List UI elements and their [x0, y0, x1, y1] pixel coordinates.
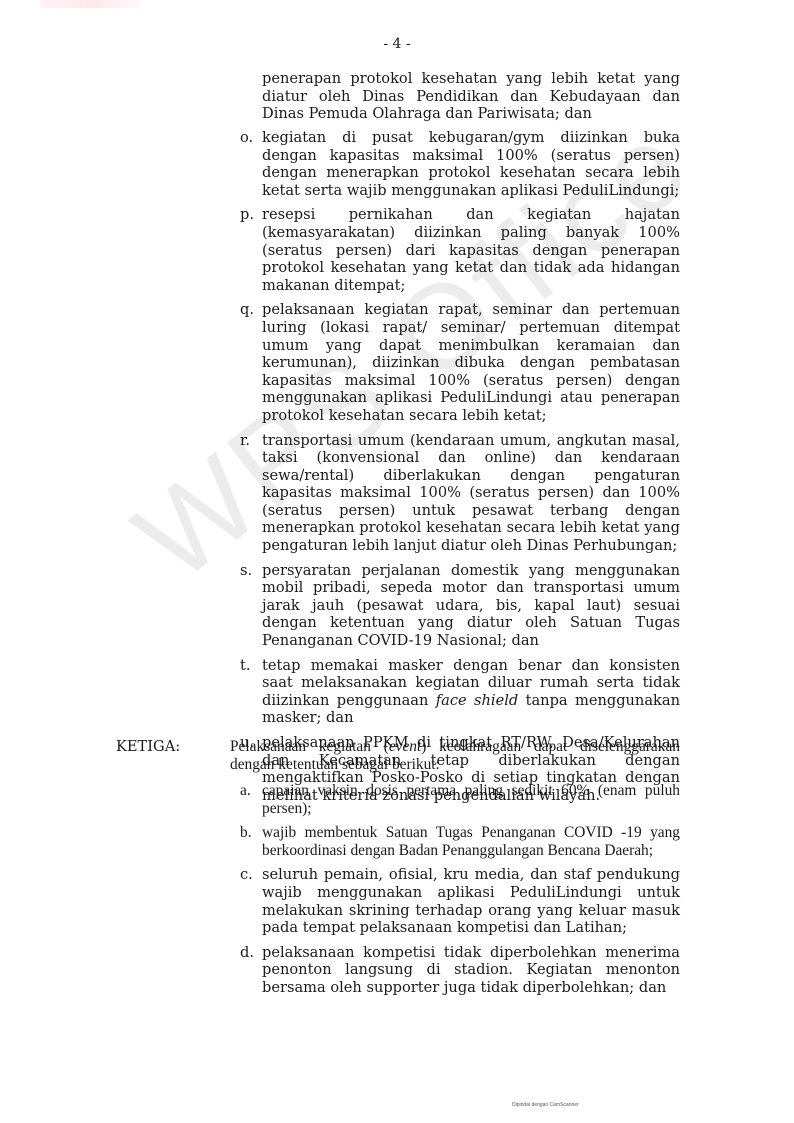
list-item-o: o. kegiatan di pusat kebugaran/gym diizi…: [240, 129, 680, 199]
section-intro: Pelaksanaan kegiatan (event) keolahragaa…: [230, 738, 680, 773]
list-item-c: c. seluruh pemain, ofisial, kru media, d…: [240, 866, 680, 936]
list-item-b: b. wajib membentuk Satuan Tugas Penangan…: [240, 824, 680, 859]
list-item-d: d. pelaksanaan kompetisi tidak diperbole…: [240, 944, 680, 997]
intro-italic: event: [389, 738, 421, 755]
item-text: pelaksanaan kegiatan rapat, seminar dan …: [262, 301, 680, 424]
item-label: p.: [240, 206, 262, 294]
list-item-t: t. tetap memakai masker dengan benar dan…: [240, 657, 680, 727]
item-label: t.: [240, 657, 262, 727]
item-text: wajib membentuk Satuan Tugas Penanganan …: [262, 824, 680, 859]
list-item-p: p. resepsi pernikahan dan kegiatan hajat…: [240, 206, 680, 294]
list-item-s: s. persyaratan perjalanan domestik yang …: [240, 562, 680, 650]
item-text: resepsi pernikahan dan kegiatan hajatan …: [262, 206, 680, 294]
ketiga-list: a. capaian vaksin dosis pertama paling s…: [240, 782, 680, 1004]
item-text: pelaksanaan kompetisi tidak diperbolehka…: [262, 944, 680, 997]
list-item-a: a. capaian vaksin dosis pertama paling s…: [240, 782, 680, 817]
item-label: c.: [240, 866, 262, 936]
intro-part: Pelaksanaan kegiatan (: [230, 738, 389, 755]
item-label: d.: [240, 944, 262, 997]
scanner-footer: Dipindai dengan CamScanner: [512, 1102, 579, 1108]
scan-artifact: [40, 0, 140, 8]
item-text: capaian vaksin dosis pertama paling sedi…: [262, 782, 680, 817]
item-text: tetap memakai masker dengan benar dan ko…: [262, 657, 680, 727]
section-label: KETIGA:: [116, 738, 230, 773]
ketiga-section: KETIGA: Pelaksanaan kegiatan (event) keo…: [116, 738, 680, 773]
item-text: persyaratan perjalanan domestik yang men…: [262, 562, 680, 650]
list-item-r: r. transportasi umum (kendaraan umum, an…: [240, 432, 680, 555]
item-label: s.: [240, 562, 262, 650]
item-label: o.: [240, 129, 262, 199]
list-item-q: q. pelaksanaan kegiatan rapat, seminar d…: [240, 301, 680, 424]
item-label: a.: [240, 782, 262, 817]
continuation-paragraph: penerapan protokol kesehatan yang lebih …: [262, 70, 680, 123]
item-text: transportasi umum (kendaraan umum, angku…: [262, 432, 680, 555]
item-label: q.: [240, 301, 262, 424]
item-label: b.: [240, 824, 262, 859]
page-number: - 4 -: [0, 36, 794, 52]
item-label: r.: [240, 432, 262, 555]
kedua-list: o. kegiatan di pusat kebugaran/gym diizi…: [240, 129, 680, 811]
item-text: kegiatan di pusat kebugaran/gym diizinka…: [262, 129, 680, 199]
item-text: seluruh pemain, ofisial, kru media, dan …: [262, 866, 680, 936]
item-text-italic: face shield: [436, 692, 518, 709]
